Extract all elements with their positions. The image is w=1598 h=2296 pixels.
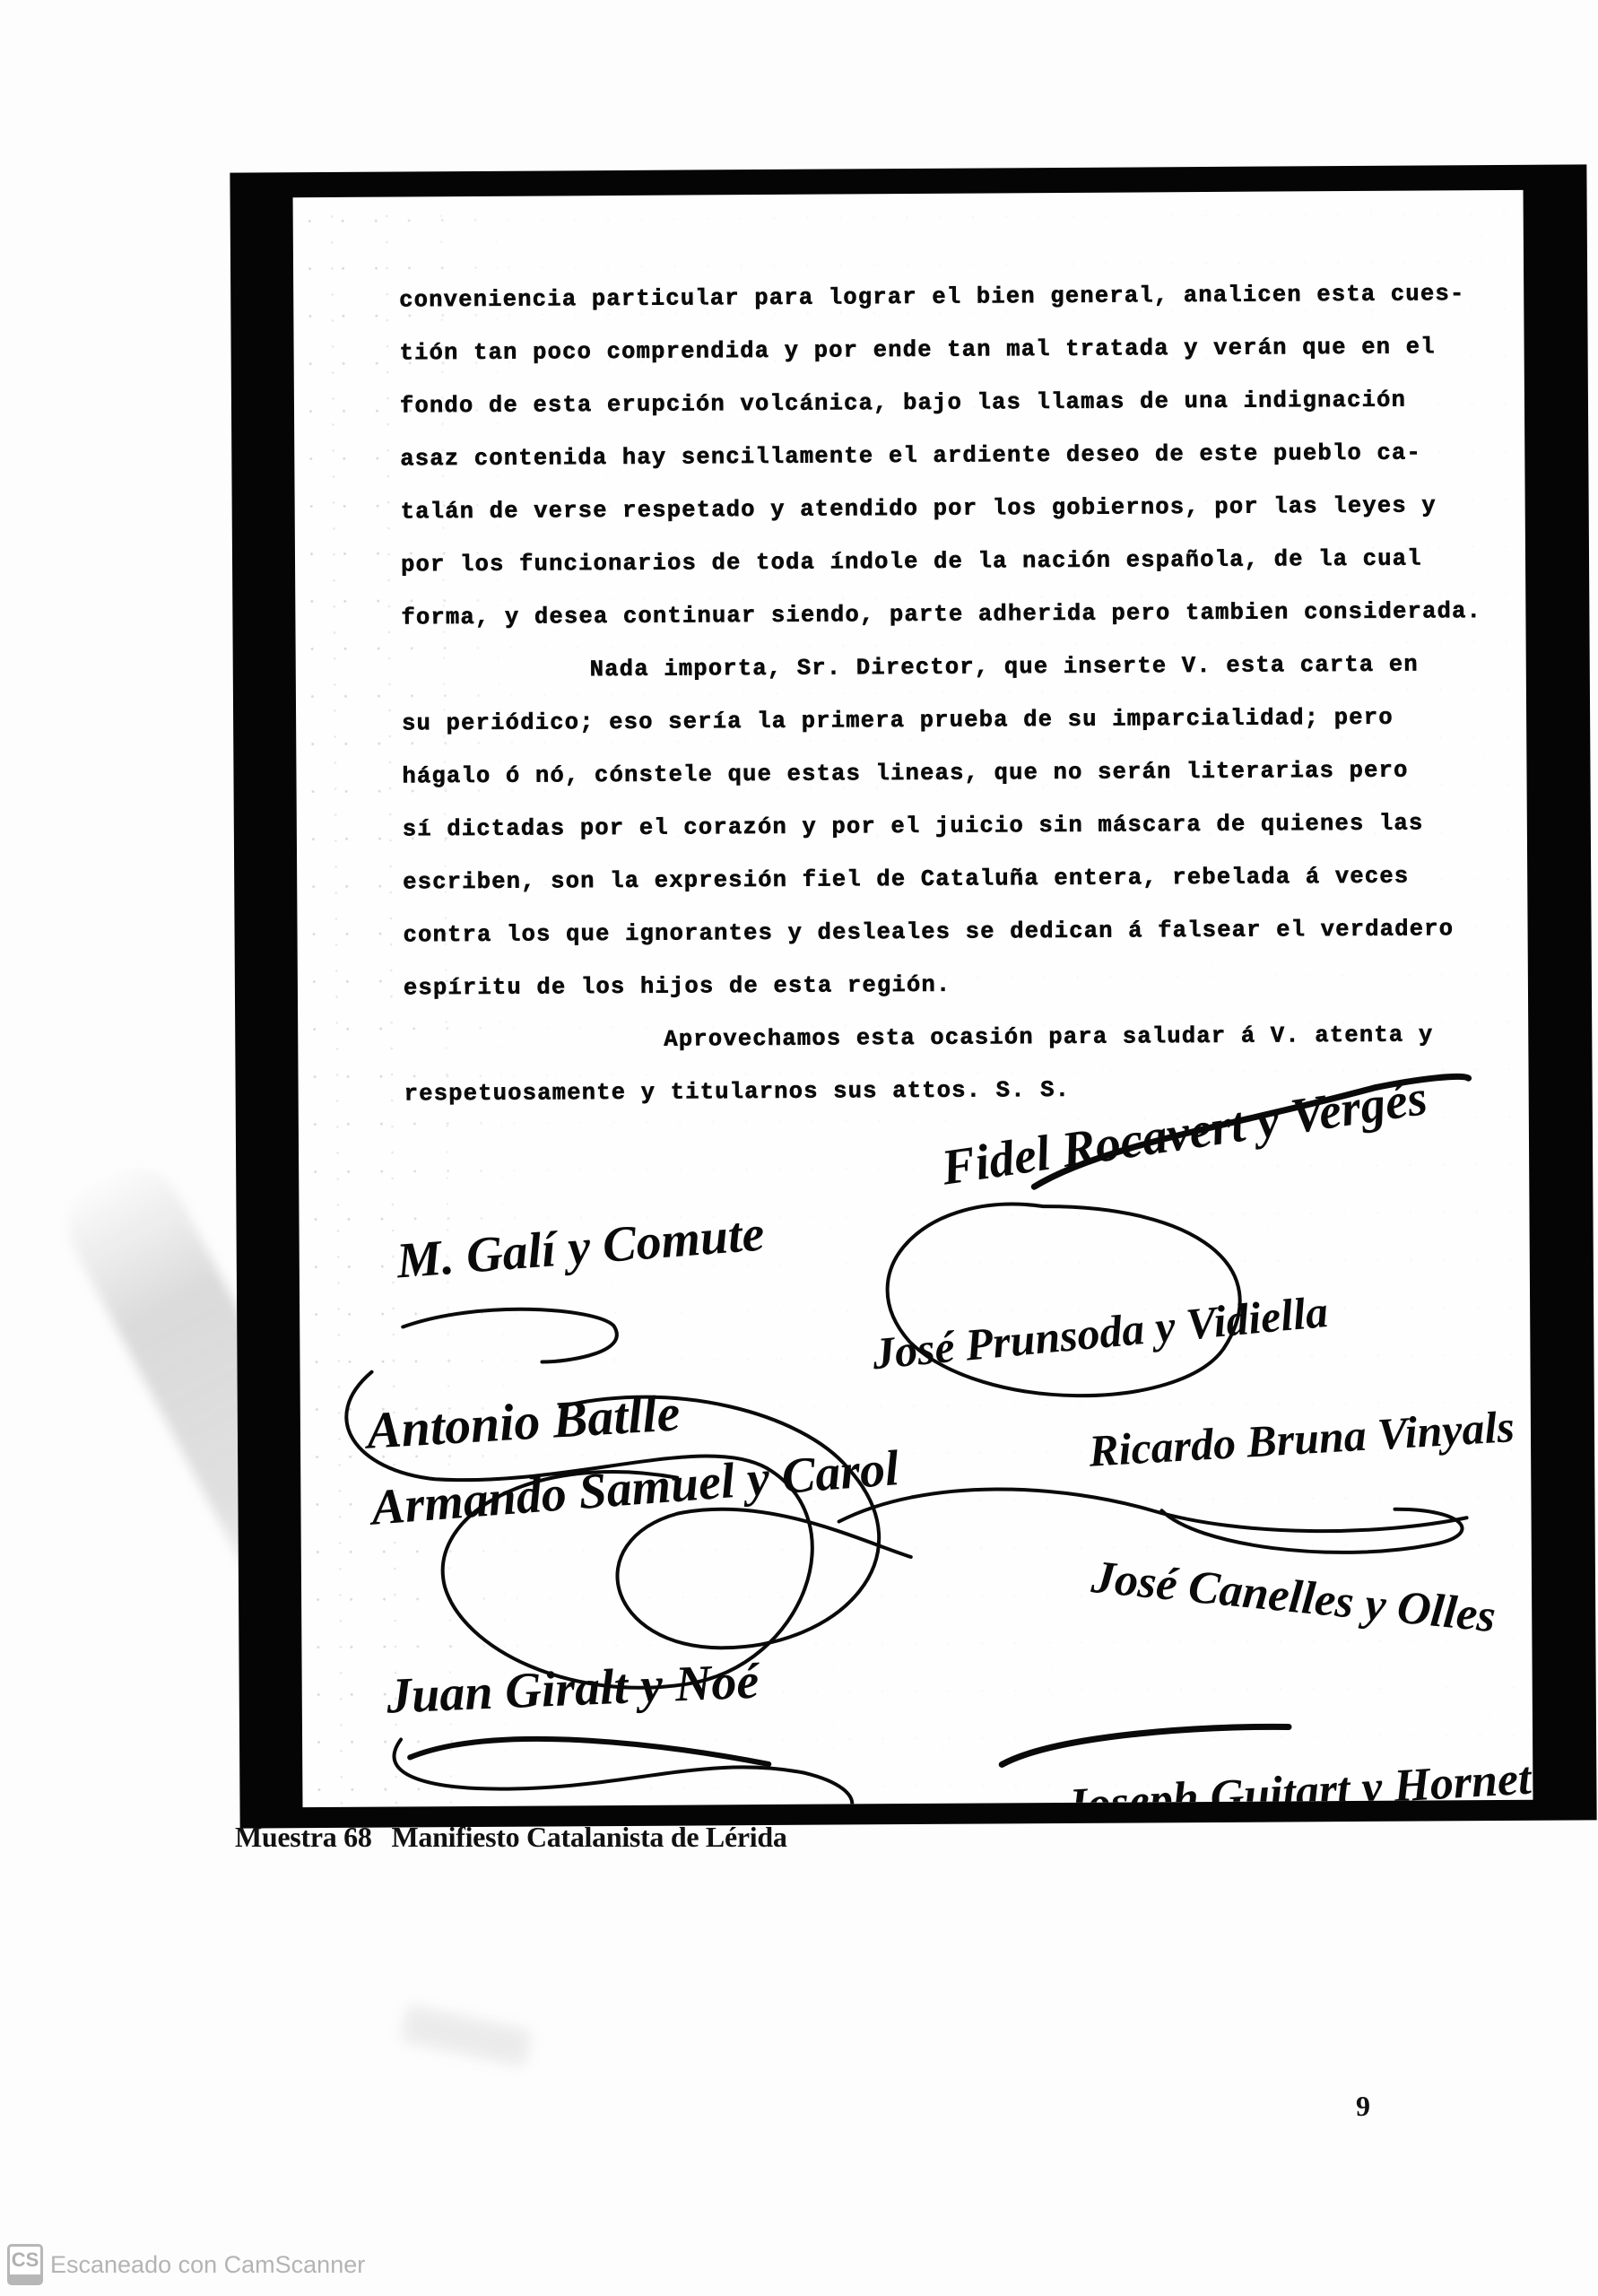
signatures-block: Fidel Rocavert y Vergés M. Galí y Comute… — [293, 190, 1533, 1807]
signature: Fidel Rocavert y Vergés — [937, 1070, 1430, 1196]
signature: José Canelles y Olles — [1089, 1552, 1498, 1642]
signature: Joseph Guitart y Hornet — [1062, 1752, 1533, 1807]
signature: Antonio Batlle — [362, 1383, 682, 1459]
camscanner-logo-icon: CS — [7, 2244, 43, 2285]
signature: Ricardo Bruna Vinyals — [1087, 1401, 1516, 1476]
caption-label: Muestra 68 — [235, 1821, 372, 1853]
camscanner-watermark: CS Escaneado con CamScanner — [7, 2244, 365, 2285]
camscanner-logo-text: CS — [12, 2247, 39, 2274]
signature: José Prunsoda y Vidiella — [869, 1286, 1330, 1378]
photo-frame: conveniencia particular para lograr el b… — [230, 164, 1596, 1828]
page-number: 9 — [1356, 2090, 1370, 2123]
signature: Juan Giralt y Noé — [385, 1654, 762, 1725]
scan-smudge — [401, 2005, 531, 2066]
watermark-text: Escaneado con CamScanner — [50, 2251, 365, 2279]
signature: M. Galí y Comute — [394, 1206, 766, 1290]
typed-letter-page: conveniencia particular para lograr el b… — [293, 190, 1533, 1807]
caption-title: Manifiesto Catalanista de Lérida — [392, 1821, 787, 1853]
figure-caption: Muestra 68Manifiesto Catalanista de Léri… — [235, 1821, 787, 1854]
